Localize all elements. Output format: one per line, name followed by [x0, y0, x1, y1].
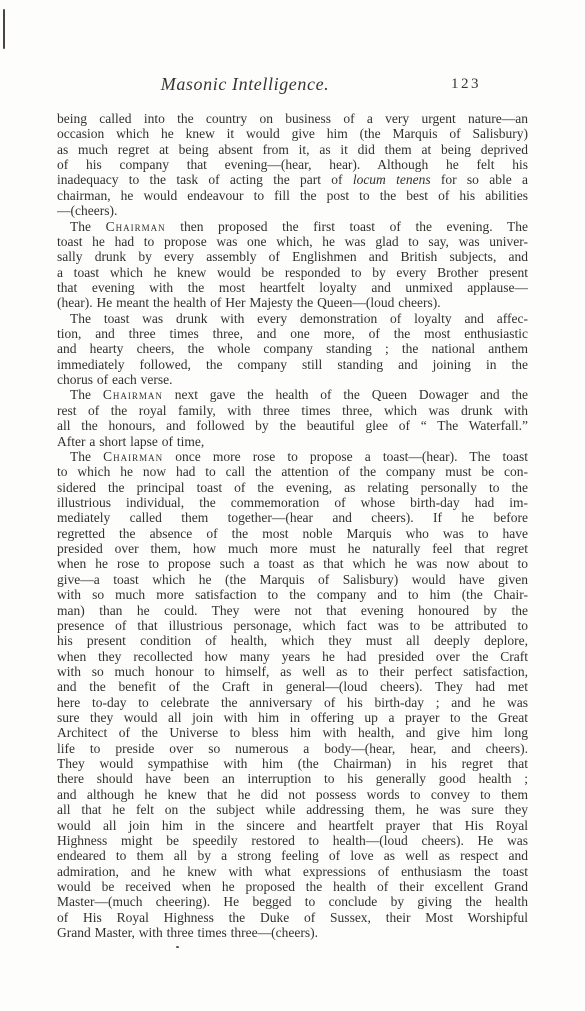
text-line: chairman, he would endeavour to fill the…	[57, 188, 528, 203]
text-line: Architect of the Universe to bless him w…	[57, 725, 528, 740]
scan-edge-artifact	[3, 9, 5, 49]
text-line: being called into the country on busines…	[57, 111, 528, 126]
text-line: admiration, and he knew with what expres…	[57, 864, 528, 879]
text-line: here to-day to celebrate the anniversary…	[57, 695, 528, 710]
text-line: occasion which he knew it would give him…	[57, 126, 528, 141]
small-caps-text: Chairman	[103, 387, 163, 402]
paragraph: The Chairman then proposed the first toa…	[57, 219, 528, 311]
text-line: a toast which he knew would be responded…	[57, 265, 528, 280]
text-line: that evening with the most heartfelt loy…	[57, 280, 528, 295]
scan-speck-artifact	[176, 946, 179, 948]
small-caps-text: Chairman	[106, 219, 166, 234]
text-line: —(cheers).	[57, 203, 528, 218]
text-line: presence of that illustrious personage, …	[57, 618, 528, 633]
small-caps-text: Chairman	[103, 449, 163, 464]
text-line: tion, and three times three, and one mor…	[57, 326, 528, 341]
text-line: and although he knew that he did not pos…	[57, 787, 528, 802]
text-line: They would sympathise with him (the Chai…	[57, 756, 528, 771]
text-line: After a short lapse of time,	[57, 434, 528, 449]
text-line: Grand Master, with three times three—(ch…	[57, 925, 528, 940]
text-line: rest of the royal family, with three tim…	[57, 403, 528, 418]
text-line: his present condition of health, which t…	[57, 633, 528, 648]
text-line: toast he had to propose was one which, h…	[57, 234, 528, 249]
text-line: sidered the principal toast of the eveni…	[57, 480, 528, 495]
text-line: as much regret at being absent from it, …	[57, 142, 528, 157]
text-line: regretted the absence of the most noble …	[57, 526, 528, 541]
text-line: The Chairman once more rose to propose a…	[57, 449, 528, 464]
text-line: would be received when he proposed the h…	[57, 879, 528, 894]
text-line: to which he now had to call the attentio…	[57, 464, 528, 479]
text-line: The Chairman next gave the health of the…	[57, 387, 528, 402]
text-line: illustrious individual, the commemoratio…	[57, 495, 528, 510]
text-line: inadequacy to the task of acting the par…	[57, 172, 528, 187]
text-line: endeared to them all by a strong feeling…	[57, 848, 528, 863]
text-line: presided over them, how much more must h…	[57, 541, 528, 556]
text-line: life to preside over so numerous a body—…	[57, 741, 528, 756]
italic-text: locum tenens	[353, 172, 431, 187]
text-line: and the benefit of the Craft in general—…	[57, 679, 528, 694]
text-line: all that he felt on the subject while ad…	[57, 802, 528, 817]
text-line: Highness might be speedily restored to h…	[57, 833, 528, 848]
text-line: when he rose to propose such a toast as …	[57, 556, 528, 571]
running-header-title: Masonic Intelligence.	[140, 74, 350, 95]
paragraph: The toast was drunk with every demonstra…	[57, 311, 528, 388]
text-line: chorus of each verse.	[57, 372, 528, 387]
text-line: sally drunk by every assembly of English…	[57, 249, 528, 264]
text-line: mediately called them together—(hear and…	[57, 510, 528, 525]
text-line: Master—(much cheering). He begged to con…	[57, 894, 528, 909]
text-line: all the honours, and followed by the bea…	[57, 418, 528, 433]
text-line: and hearty cheers, the whole company sta…	[57, 341, 528, 356]
text-line: sure they would all join with him in off…	[57, 710, 528, 725]
text-line: give—a toast which he (the Marquis of Sa…	[57, 572, 528, 587]
page-body: being called into the country on busines…	[57, 111, 528, 940]
text-line: when they recollected how many years he …	[57, 649, 528, 664]
text-line: The Chairman then proposed the first toa…	[57, 219, 528, 234]
paragraph: The Chairman next gave the health of the…	[57, 387, 528, 448]
text-line: of his company that evening—(hear, hear)…	[57, 157, 528, 172]
text-line: there should have been an interruption t…	[57, 771, 528, 786]
text-line: with so much honour to himself, as well …	[57, 664, 528, 679]
text-line: of His Royal Highness the Duke of Sussex…	[57, 910, 528, 925]
scanned-document-page: Masonic Intelligence. 123 being called i…	[0, 0, 585, 1011]
paragraph: being called into the country on busines…	[57, 111, 528, 219]
text-line: would all join him in the sincere and he…	[57, 818, 528, 833]
page-number: 123	[451, 76, 481, 93]
text-line: The toast was drunk with every demonstra…	[57, 311, 528, 326]
text-line: immediately followed, the company still …	[57, 357, 528, 372]
text-line: (hear). He meant the health of Her Majes…	[57, 295, 528, 310]
paragraph: The Chairman once more rose to propose a…	[57, 449, 528, 941]
text-line: with so much more satisfaction to the co…	[57, 587, 528, 602]
text-line: man) than he could. They were not that e…	[57, 603, 528, 618]
